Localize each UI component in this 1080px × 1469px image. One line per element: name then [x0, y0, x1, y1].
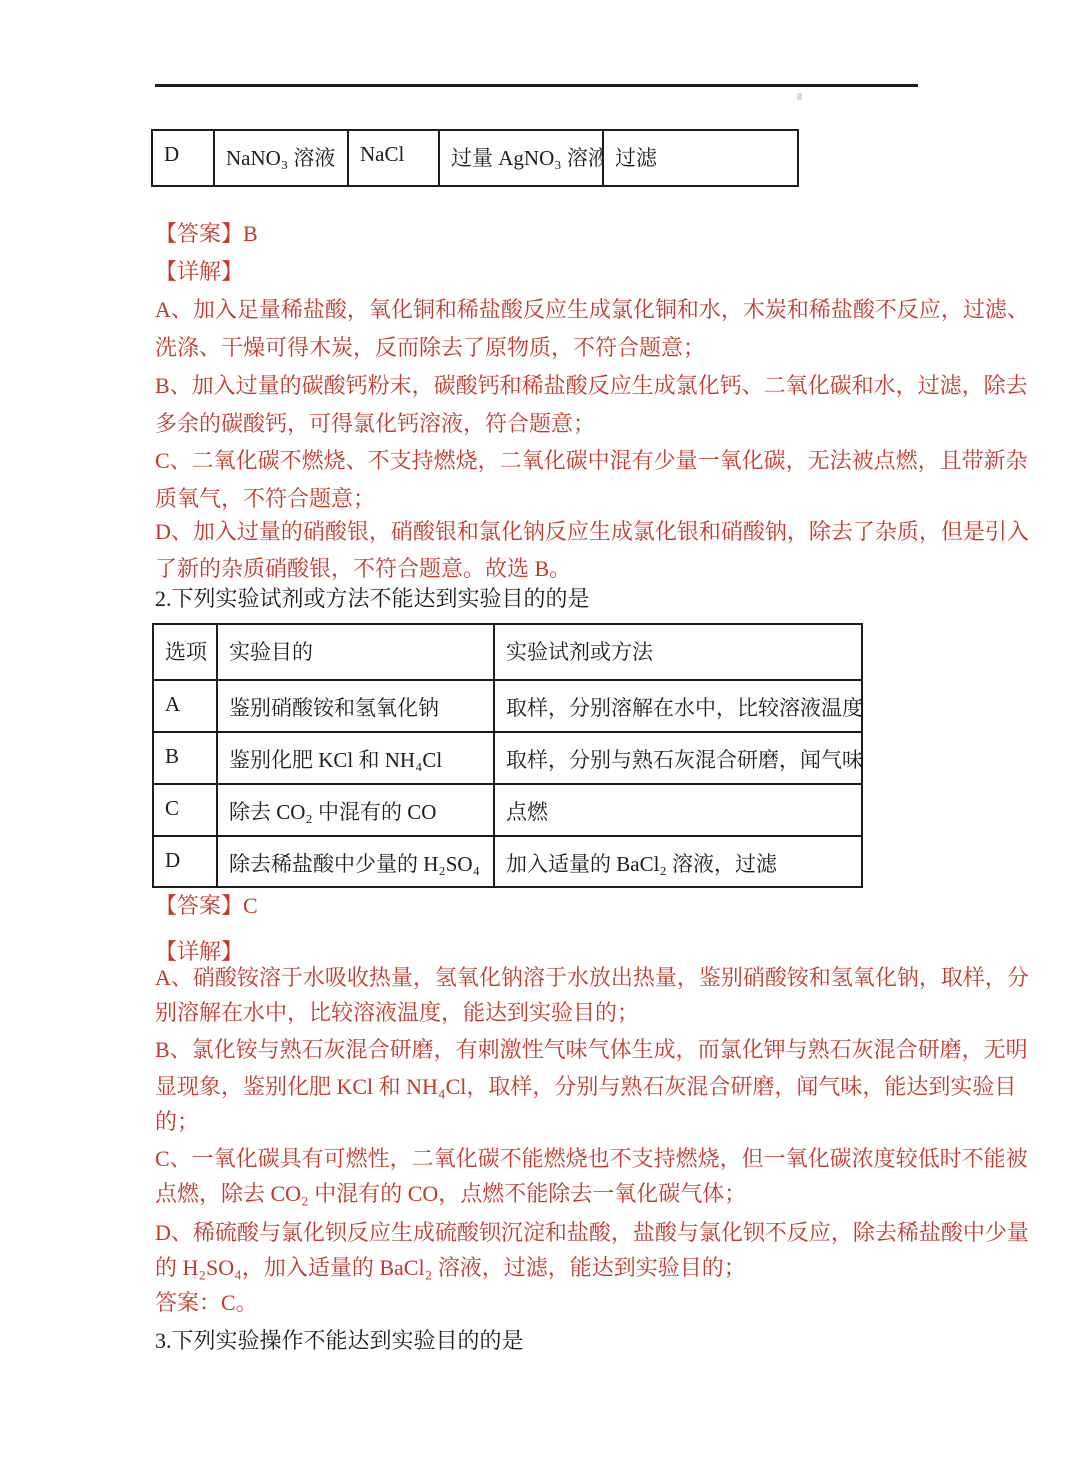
answer-label: 【答案】: [155, 893, 243, 918]
purpose-cell: 鉴别硝酸铵和氢氧化钠: [217, 680, 494, 732]
q1-explanation-line: 多余的碳酸钙，可得氯化钙溶液，符合题意；: [155, 410, 955, 438]
option-letter-cell: D: [152, 130, 214, 186]
q1-explanation-line: C、二氧化碳不燃烧、不支持燃烧，二氧化碳中混有少量一氧化碳，无法被点燃，且带新杂: [155, 447, 955, 475]
q2-explanation-line: 的；: [155, 1108, 955, 1136]
table-row: B 鉴别化肥 KCl 和 NH₄Cl 取样，分别与熟石灰混合研磨，闻气味: [153, 732, 862, 784]
option-letter-cell: B: [153, 732, 217, 784]
header-purpose: 实验目的: [217, 624, 494, 680]
q1-explanation-line: A、加入足量稀盐酸，氧化铜和稀盐酸反应生成氯化铜和水，木炭和稀盐酸不反应，过滤、: [155, 296, 955, 324]
method-cell: 加入适量的 BaCl₂ 溶液，过滤: [494, 836, 862, 887]
header-option: 选项: [153, 624, 217, 680]
table-header-row: 选项 实验目的 实验试剂或方法: [153, 624, 862, 680]
purpose-cell: 除去稀盐酸中少量的 H₂SO₄: [217, 836, 494, 887]
option-letter-cell: A: [153, 680, 217, 732]
q2-explanation-line: 点燃，除去 CO₂ 中混有的 CO，点燃不能除去一氧化碳气体；: [155, 1180, 955, 1208]
q1-explanation-line: 质氧气，不符合题意；: [155, 485, 955, 513]
q1-answer-line: 【答案】B: [155, 220, 955, 248]
purpose-cell: 鉴别化肥 KCl 和 NH₄Cl: [217, 732, 494, 784]
q1-explanation-line: 洗涤、干燥可得木炭，反而除去了原物质，不符合题意；: [155, 334, 955, 362]
option-letter-cell: C: [153, 784, 217, 836]
answer-value: C: [243, 893, 258, 918]
q1-detail-heading: 【详解】: [155, 258, 955, 286]
q1-explanation-line: D、加入过量的硝酸银，硝酸银和氯化钠反应生成氯化银和硝酸钠，除去了杂质，但是引入: [155, 518, 955, 546]
q2-explanation-line: B、氯化铵与熟石灰混合研磨，有刺激性气味气体生成，而氯化钾与熟石灰混合研磨，无明: [155, 1036, 955, 1064]
q2-title: 2.下列实验试剂或方法不能达到实验目的的是: [155, 585, 955, 613]
answer-value: B: [243, 221, 258, 246]
q2-explanation-line: A、硝酸铵溶于水吸收热量，氢氧化钠溶于水放出热量，鉴别硝酸铵和氢氧化钠，取样，分: [155, 964, 955, 992]
method-cell: 过滤: [603, 130, 798, 186]
stray-scan-mark: [797, 93, 802, 100]
method-cell: 点燃: [494, 784, 862, 836]
q3-title: 3.下列实验操作不能达到实验目的的是: [155, 1327, 955, 1355]
page-header-divider: [155, 84, 918, 87]
method-cell: 取样，分别与熟石灰混合研磨，闻气味: [494, 732, 862, 784]
q1-explanation-line: B、加入过量的碳酸钙粉末，碳酸钙和稀盐酸反应生成氯化钙、二氧化碳和水，过滤，除去: [155, 372, 955, 400]
table-row: D 除去稀盐酸中少量的 H₂SO₄ 加入适量的 BaCl₂ 溶液，过滤: [153, 836, 862, 887]
q2-explanation-line: 的 H₂SO₄，加入适量的 BaCl₂ 溶液，过滤，能达到实验目的；: [155, 1254, 955, 1282]
q2-final-answer: 答案：C。: [155, 1289, 955, 1317]
q2-explanation-line: C、一氧化碳具有可燃性，二氧化碳不能燃烧也不支持燃烧，但一氧化碳浓度较低时不能被: [155, 1145, 955, 1173]
table-row: A 鉴别硝酸铵和氢氧化钠 取样，分别溶解在水中，比较溶液温度: [153, 680, 862, 732]
q2-explanation-line: 显现象，鉴别化肥 KCl 和 NH₄Cl，取样，分别与熟石灰混合研磨，闻气味，能…: [155, 1073, 955, 1101]
q1-options-table: D NaNO₃ 溶液 NaCl 过量 AgNO₃ 溶液 过滤: [151, 129, 799, 187]
method-cell: 取样，分别溶解在水中，比较溶液温度: [494, 680, 862, 732]
table-row: C 除去 CO₂ 中混有的 CO 点燃: [153, 784, 862, 836]
table-row: D NaNO₃ 溶液 NaCl 过量 AgNO₃ 溶液 过滤: [152, 130, 798, 186]
purpose-cell: 除去 CO₂ 中混有的 CO: [217, 784, 494, 836]
option-letter-cell: D: [153, 836, 217, 887]
exam-answer-page: D NaNO₃ 溶液 NaCl 过量 AgNO₃ 溶液 过滤 【答案】B 【详解…: [0, 0, 1080, 1469]
header-method: 实验试剂或方法: [494, 624, 862, 680]
q1-explanation-line: 了新的杂质硝酸银，不符合题意。故选 B。: [155, 555, 955, 583]
q2-options-table: 选项 实验目的 实验试剂或方法 A 鉴别硝酸铵和氢氧化钠 取样，分别溶解在水中，…: [152, 623, 863, 888]
substance-cell: NaNO₃ 溶液: [214, 130, 348, 186]
impurity-cell: NaCl: [348, 130, 439, 186]
q2-explanation-line: D、稀硫酸与氯化钡反应生成硫酸钡沉淀和盐酸，盐酸与氯化钡不反应，除去稀盐酸中少量: [155, 1219, 955, 1247]
q2-explanation-line: 别溶解在水中，比较溶液温度，能达到实验目的；: [155, 999, 955, 1027]
answer-label: 【答案】: [155, 221, 243, 246]
q2-answer-line: 【答案】C: [155, 892, 955, 920]
reagent-cell: 过量 AgNO₃ 溶液: [439, 130, 603, 186]
q2-detail-heading: 【详解】: [155, 938, 955, 966]
